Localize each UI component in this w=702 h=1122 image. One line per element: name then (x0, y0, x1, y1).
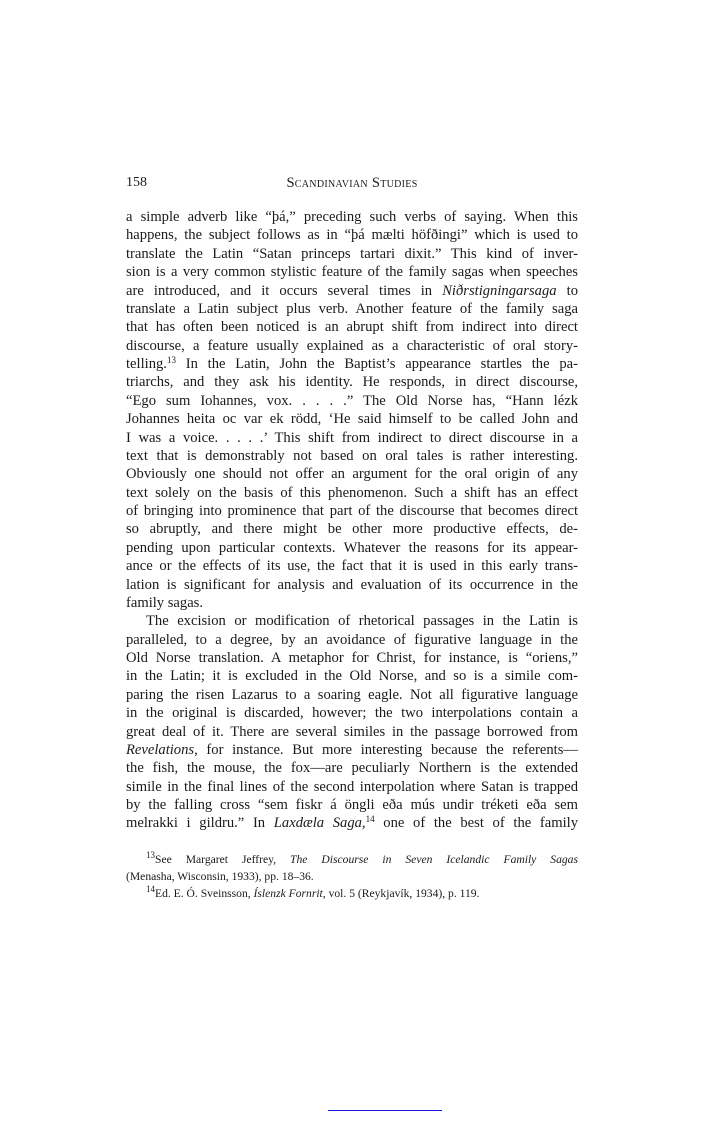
text-segment: telling. (126, 356, 167, 372)
text-line: Revelations, for instance. But more inte… (126, 741, 578, 759)
footnote-text: Ed. E. Ó. Sveinsson, (155, 887, 254, 900)
text-segment: , for instance. But more interesting bec… (194, 742, 578, 758)
text-line: paring the risen Lazarus to a soaring ea… (126, 686, 578, 704)
text-line: translate a Latin subject plus verb. Ano… (126, 300, 578, 318)
text-line: simile in the final lines of the second … (126, 778, 578, 796)
text-line: “Ego sum Iohannes, vox. . . . .” The Old… (126, 392, 578, 410)
journal-title: Scandinavian Studies (126, 175, 578, 192)
running-head: 158 Scandinavian Studies (126, 175, 578, 195)
text-line: paralleled, to a degree, by an avoidance… (126, 631, 578, 649)
footnote-title: Íslenzk Fornrit (254, 887, 323, 900)
text-segment: to (557, 283, 578, 299)
text-line: pending upon particular contexts. Whatev… (126, 539, 578, 557)
text-line: that has often been noticed is an abrupt… (126, 318, 578, 336)
text-line: lation is significant for analysis and e… (126, 576, 578, 594)
revelations-italic: Revelations (126, 742, 194, 758)
text-line: telling.13 In the Latin, John the Baptis… (126, 355, 578, 373)
footnotes: 13See Margaret Jeffrey, The Discourse in… (126, 851, 578, 902)
footnote-13-continued: (Menasha, Wisconsin, 1933), pp. 18–36. (126, 868, 578, 885)
text-line: family sagas. (126, 594, 578, 612)
page-bottom-rule (328, 1110, 442, 1111)
text-line: ance or the effects of its use, the fact… (126, 557, 578, 575)
text-line: melrakki i gildru.” In Laxdæla Saga,14 o… (126, 814, 578, 832)
text-line: by the falling cross “sem fiskr á öngli … (126, 796, 578, 814)
text-line: in the original is discarded, however; t… (126, 704, 578, 722)
text-line: great deal of it. There are several simi… (126, 723, 578, 741)
footnote-number-14: 14 (146, 884, 155, 894)
text-line: sion is a very common stylistic feature … (126, 263, 578, 281)
text-line: text solely on the basis of this phenome… (126, 484, 578, 502)
text-line: in the Latin; it is excluded in the Old … (126, 667, 578, 685)
text-line: text that is demonstrably not based on o… (126, 447, 578, 465)
text-line: so abruptly, and there might be other mo… (126, 520, 578, 538)
text-line: I was a voice. . . . .’ This shift from … (126, 429, 578, 447)
footnote-number-13: 13 (146, 850, 155, 860)
footnote-title: The Discourse in Seven Icelandic Family … (290, 853, 578, 866)
text-line: are introduced, and it occurs several ti… (126, 282, 578, 300)
text-line: Obviously one should not offer an argume… (126, 465, 578, 483)
text-line: the fish, the mouse, the fox—are peculia… (126, 759, 578, 777)
paragraph-start-line: The excision or modification of rhetoric… (126, 612, 578, 630)
saga-title-italic: Niðrstigningarsaga (442, 283, 556, 299)
footnote-ref-14[interactable]: 14 (366, 814, 375, 824)
text-line: triarchs, and they ask his identity. He … (126, 373, 578, 391)
footnote-13: 13See Margaret Jeffrey, The Discourse in… (126, 851, 578, 868)
body-text: a simple adverb like “þá,” preceding suc… (126, 208, 578, 833)
footnote-text: , vol. 5 (Reykjavík, 1934), p. 119. (323, 887, 480, 900)
text-segment: are introduced, and it occurs several ti… (126, 283, 442, 299)
text-line: discourse, a feature usually explained a… (126, 337, 578, 355)
text-line: Old Norse translation. A metaphor for Ch… (126, 649, 578, 667)
laxdaela-saga-italic: Laxdæla Saga, (274, 815, 366, 831)
footnote-ref-13[interactable]: 13 (167, 355, 176, 365)
text-segment: melrakki i gildru.” In (126, 815, 274, 831)
text-line: of bringing into prominence that part of… (126, 502, 578, 520)
footnote-text: See Margaret Jeffrey, (155, 853, 290, 866)
text-line: a simple adverb like “þá,” preceding suc… (126, 208, 578, 226)
text-line: translate the Latin “Satan princeps tart… (126, 245, 578, 263)
text-segment: one of the best of the family (375, 815, 578, 831)
text-line: Johannes heita oc var ek rödd, ‘He said … (126, 410, 578, 428)
footnote-14: 14Ed. E. Ó. Sveinsson, Íslenzk Fornrit, … (126, 885, 578, 902)
text-segment: In the Latin, John the Baptist’s appeara… (176, 356, 578, 372)
text-line: happens, the subject follows as in “þá m… (126, 226, 578, 244)
